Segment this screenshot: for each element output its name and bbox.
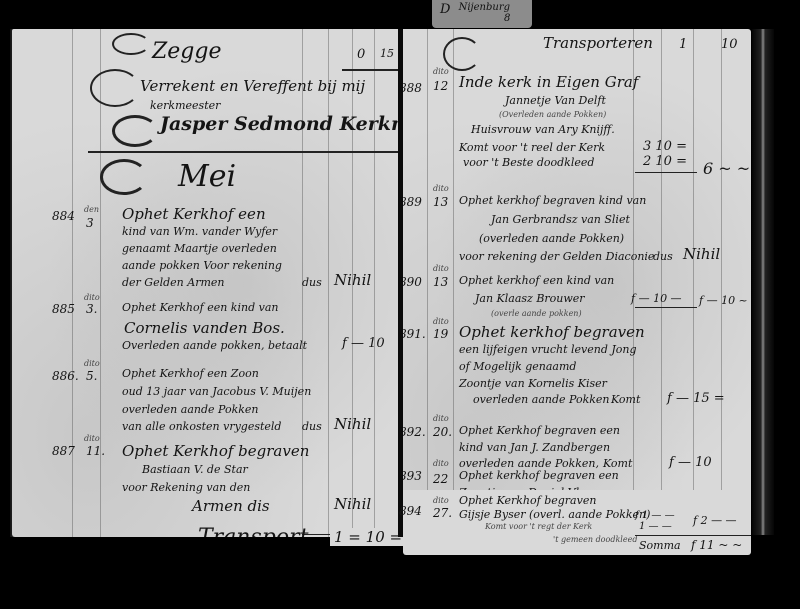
entry-date-prefix: dito <box>433 414 449 423</box>
sub-item-amount: 1 — — <box>639 521 672 532</box>
entry-number: 891. <box>403 327 426 341</box>
entry-note: Komt <box>611 393 640 406</box>
entry-number: 892. <box>403 425 426 439</box>
archive-label: D Nijenburg 8 <box>432 0 532 28</box>
ruling-line <box>633 29 634 535</box>
entry-amount: f — 10 <box>342 336 385 351</box>
ruling-line <box>661 29 662 535</box>
entry-number: 885 <box>52 302 75 316</box>
entry-line: voor rekening der Gelden Diaconie <box>459 250 654 263</box>
entry-line: Ophet Kerkhof een Zoon <box>122 367 259 380</box>
somma-amount: f 11 ~ ~ <box>691 538 742 552</box>
entry-line: kind van Wm. vander Wyfer <box>122 225 277 238</box>
entry-note: dus <box>302 276 322 289</box>
month-heading: Mei <box>178 159 236 194</box>
entry-date-prefix: dito <box>84 359 100 368</box>
archive-letter: D <box>440 2 450 17</box>
flourish-ornament <box>90 69 140 107</box>
entry-line: overleden aande Pokken <box>473 393 610 406</box>
entry-amount: Nihil <box>683 245 720 263</box>
entry-date-prefix: dito <box>433 496 449 505</box>
ruling-line <box>374 29 375 537</box>
entry-line: Ophet kerkhof begraven <box>459 323 645 341</box>
entry-day: 5. <box>86 369 97 383</box>
entry-line: Jan Gerbrandsz van Sliet <box>491 213 630 226</box>
entry-line: Gijsje Byser (overl. aande Pokken) <box>459 508 650 521</box>
entry-amount: f — 10 ~ <box>699 294 748 307</box>
right-page-bottom: dito 894 27. Ophet Kerkhof begraven Gijs… <box>403 490 751 535</box>
archive-name: Nijenburg <box>459 2 510 13</box>
entry-date-prefix: dito <box>433 184 449 193</box>
subtotal-underline <box>635 307 697 308</box>
archive-number: 8 <box>504 13 510 24</box>
entry-line: Ophet Kerkhof een kind van <box>122 301 278 314</box>
entry-day: 11. <box>86 444 105 458</box>
ruling-line <box>328 29 329 537</box>
entry-line: Ophet Kerkhof begraven een <box>459 424 620 437</box>
signature: Jasper Sedmond Kerkm <box>160 113 400 135</box>
entry-number: 890 <box>403 275 422 289</box>
entry-amount: Nihil <box>334 495 371 513</box>
total-underline <box>342 69 400 71</box>
entry-date-prefix: dito <box>433 317 449 326</box>
entry-date-prefix: den <box>84 205 99 214</box>
flourish-ornament <box>112 33 150 55</box>
entry-day: 20. <box>433 425 452 439</box>
entry-line: Bastiaan V. de Star <box>142 463 248 476</box>
transport-amount: 1 = 10 = <box>330 528 406 546</box>
somma-label: Somma <box>639 539 681 552</box>
entry-line: kind van Jan J. Zandbergen <box>459 441 610 454</box>
transport-carried-label: Transporteren <box>543 34 653 52</box>
right-page: Transporteren 1 10 dito 888 12 Inde kerk… <box>403 29 751 535</box>
ruling-line <box>100 29 101 537</box>
entry-line: Armen dis <box>192 497 270 515</box>
entry-line: (overle aande pokken) <box>491 309 582 318</box>
entry-number: 889 <box>403 195 422 209</box>
entry-day: 22 <box>433 472 448 486</box>
entry-date-prefix: dito <box>433 67 449 76</box>
entry-day: 3. <box>86 302 97 316</box>
sub-item-amount: 2 10 = <box>643 154 687 169</box>
ruling-line <box>721 29 722 535</box>
zegge-guilders: 0 <box>357 47 365 62</box>
entry-amount: Nihil <box>334 271 371 289</box>
sub-item-amount: 3 10 = <box>643 139 687 154</box>
carried-stuivers: 10 <box>721 37 738 52</box>
header-divider <box>88 151 400 153</box>
entry-total: 6 ~ ~ <box>703 159 750 178</box>
entry-day: 12 <box>433 79 448 93</box>
entry-number: 894 <box>399 504 422 518</box>
sub-item-label: voor 't Beste doodkleed <box>463 156 594 169</box>
entry-amount: Nihil <box>334 415 371 433</box>
entry-amount: f — 10 <box>669 455 712 470</box>
entry-amount: f — 15 = <box>667 391 725 406</box>
entry-line: Overleden aande pokken, betaalt <box>122 339 307 352</box>
entry-day: 27. <box>433 506 452 520</box>
entry-date-prefix: dito <box>433 459 449 468</box>
entry-date-prefix: dito <box>433 264 449 273</box>
entry-date-prefix: dito <box>84 434 100 443</box>
entry-number: 893 <box>403 469 422 483</box>
entry-line: Ophet Kerkhof begraven <box>122 442 309 460</box>
sub-item-amount: f 1 — — <box>635 510 675 521</box>
entry-line: of Mogelijk genaamd <box>459 360 576 373</box>
entry-total: f 2 — — <box>693 514 737 527</box>
entry-day: 19 <box>433 327 448 341</box>
entry-line: aande pokken Voor rekening <box>122 259 282 272</box>
entry-day: 3 <box>86 216 94 230</box>
entry-line: Ophet kerkhof een kind van <box>459 274 614 287</box>
entry-line: Inde kerk in Eigen Graf <box>459 73 638 91</box>
carried-guilders: 1 <box>679 37 687 52</box>
verified-line-1: Verrekent en Vereffent bij mij <box>140 77 365 95</box>
entry-line: overleden aande Pokken <box>122 403 259 416</box>
ruling-line <box>427 29 428 535</box>
right-binding-edge <box>752 29 774 535</box>
entry-line: Jan Klaasz Brouwer <box>475 292 585 305</box>
entry-sub-amount: f — 10 — <box>631 292 682 305</box>
entry-line: oud 13 jaar van Jacobus V. Muijen <box>122 385 311 398</box>
left-page: Zegge 0 15 Verrekent en Vereffent bij mi… <box>12 29 400 537</box>
entry-line: Huisvrouw van Ary Knijff. <box>471 123 615 136</box>
ruling-line <box>453 29 454 535</box>
entry-line: Jannetje Van Delft <box>505 94 606 107</box>
flourish-ornament <box>443 37 481 71</box>
flourish-ornament <box>100 159 148 195</box>
entry-line: Ophet kerkhof begraven een <box>459 469 619 482</box>
entry-line: Komt voor 't regt der Kerk <box>485 522 592 531</box>
entry-line: Ophet Kerkhof begraven <box>459 494 596 507</box>
somma-rule <box>635 535 751 536</box>
entry-note: dus <box>302 420 322 433</box>
right-page-footer: 't gemeen doodkleed Somma f 11 ~ ~ <box>403 535 751 555</box>
zegge-stuivers: 15 <box>380 47 394 60</box>
sub-item-label: Komt voor 't reel der Kerk <box>459 141 605 154</box>
entry-line: Ophet kerkhof begraven kind van <box>459 194 646 207</box>
entry-date-prefix: dito <box>84 293 100 302</box>
entry-line: der Gelden Armen <box>122 276 224 289</box>
entry-line: Cornelis vanden Bos. <box>124 319 285 337</box>
entry-line: Ophet Kerkhof een <box>122 205 266 223</box>
entry-line: (Overleden aande Pokken) <box>499 110 606 119</box>
entry-number: 884 <box>52 209 75 223</box>
verified-line-2: kerkmeester <box>150 99 220 112</box>
entry-number: 887 <box>52 444 75 458</box>
entry-number: 888 <box>403 81 422 95</box>
subtotal-underline <box>635 172 697 173</box>
entry-line: Zoontje van Kornelis Kiser <box>459 377 607 390</box>
entry-number: 886. <box>52 369 79 383</box>
entry-day: 13 <box>433 275 448 289</box>
entry-line: (overleden aande Pokken) <box>479 232 624 245</box>
entry-line: van alle onkosten vrygesteld <box>122 420 281 433</box>
flourish-ornament <box>112 115 158 147</box>
transport-label: Transport <box>198 525 308 537</box>
entry-line: genaamt Maartje overleden <box>122 242 277 255</box>
entry-line: voor Rekening van den <box>122 481 250 494</box>
entry-line: 't gemeen doodkleed <box>553 535 637 544</box>
entry-line: een lijfeigen vrucht levend Jong <box>459 343 637 356</box>
zegge-label: Zegge <box>152 39 222 64</box>
ruling-line <box>72 29 73 537</box>
entry-day: 13 <box>433 195 448 209</box>
entry-note: dus <box>653 250 673 263</box>
